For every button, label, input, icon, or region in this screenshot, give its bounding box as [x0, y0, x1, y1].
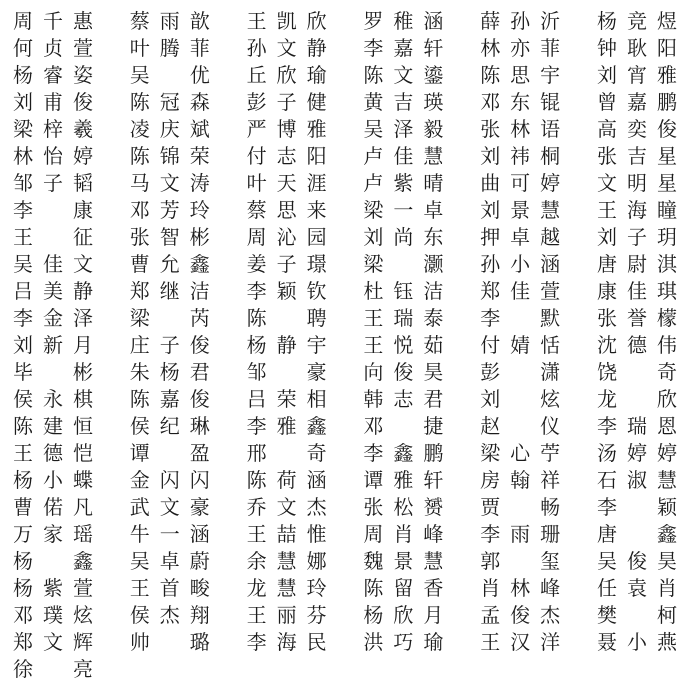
name-item: 王德恺	[13, 441, 103, 468]
name-item: 叶天涯	[247, 171, 337, 198]
name-item: 贾 畅	[480, 495, 570, 522]
name-item: 李 康	[13, 198, 103, 225]
name-item: 王悦茹	[363, 333, 453, 360]
name-item: 罗稚涵	[363, 9, 453, 36]
name-item: 曹偌凡	[13, 495, 103, 522]
name-item: 付志阳	[247, 144, 337, 171]
name-item: 李瑞恩	[597, 414, 679, 441]
name-item: 杨紫萱	[13, 576, 103, 603]
name-item: 张智彬	[130, 225, 220, 252]
name-item: 李鑫鹏	[363, 441, 453, 468]
name-item: 严博雅	[247, 117, 337, 144]
name-item: 饶 奇	[597, 360, 679, 387]
name-item: 蔡思来	[247, 198, 337, 225]
name-item: 吕荣相	[247, 387, 337, 414]
name-item: 李颖钦	[247, 279, 337, 306]
name-item: 王首畯	[130, 576, 220, 603]
name-item: 韩志君	[363, 387, 453, 414]
name-item: 石淑慧	[597, 468, 679, 495]
name-item: 张林语	[480, 117, 570, 144]
name-item: 文明星	[597, 171, 679, 198]
name-item: 陈留香	[363, 576, 453, 603]
name-item: 李金泽	[13, 306, 103, 333]
name-item: 侯纪琳	[130, 414, 220, 441]
name-item: 万家瑶	[13, 522, 103, 549]
name-item: 金闪闪	[130, 468, 220, 495]
name-item: 房翰祥	[480, 468, 570, 495]
name-item: 肖林峰	[480, 576, 570, 603]
name-item: 吕美静	[13, 279, 103, 306]
name-item: 孟俊杰	[480, 603, 570, 630]
name-item: 郑文辉	[13, 630, 103, 657]
name-item: 邹子韬	[13, 171, 103, 198]
name-item: 刘宵雅	[597, 63, 679, 90]
name-item: 洪巧瑜	[363, 630, 453, 657]
name-item: 梁心苧	[480, 441, 570, 468]
name-item: 卢紫晴	[363, 171, 453, 198]
name-item: 陈文鎏	[363, 63, 453, 90]
name-item: 唐 鑫	[597, 522, 679, 549]
name-column-5: 薛孙沂林亦菲陈思宇邓东锟张林语刘祎桐曲可婷刘景慧押卓越孙小涵郑佳萱李 默付婧恬彭…	[480, 9, 560, 657]
name-item: 李 默	[480, 306, 570, 333]
name-item: 曾嘉鹏	[597, 90, 679, 117]
name-item: 邓东锟	[480, 90, 570, 117]
name-item: 武文豪	[130, 495, 220, 522]
name-item: 王喆惟	[247, 522, 337, 549]
name-item: 刘甫俊	[13, 90, 103, 117]
name-item: 凌庆斌	[130, 117, 220, 144]
name-item: 龙 欣	[597, 387, 679, 414]
name-item: 王 征	[13, 225, 103, 252]
name-item: 沈德伟	[597, 333, 679, 360]
name-item: 叶腾菲	[130, 36, 220, 63]
name-item: 唐尉淇	[597, 252, 679, 279]
name-item: 刘景慧	[480, 198, 570, 225]
name-item: 侯永棋	[13, 387, 103, 414]
name-item: 周肖峰	[363, 522, 453, 549]
name-item: 陈思宇	[480, 63, 570, 90]
name-item: 陈冠森	[130, 90, 220, 117]
name-item: 彭子健	[247, 90, 337, 117]
name-item: 薛孙沂	[480, 9, 570, 36]
name-item: 吴卓蔚	[130, 549, 220, 576]
name-item: 钟耿阳	[597, 36, 679, 63]
name-item: 刘尚东	[363, 225, 453, 252]
name-item: 梁 灏	[363, 252, 453, 279]
name-item: 王瑞泰	[363, 306, 453, 333]
name-item: 任袁肖	[597, 576, 679, 603]
name-item: 陈锦荣	[130, 144, 220, 171]
name-item: 刘子玥	[597, 225, 679, 252]
name-item: 杨欣月	[363, 603, 453, 630]
name-item: 付婧恬	[480, 333, 570, 360]
name-item: 杜钰洁	[363, 279, 453, 306]
name-item: 吴泽毅	[363, 117, 453, 144]
name-item: 乔文杰	[247, 495, 337, 522]
name-column-4: 罗稚涵李嘉轩陈文鎏黄吉瑛吴泽毅卢佳慧卢紫晴梁一卓刘尚东梁 灏杜钰洁王瑞泰王悦茹向…	[363, 9, 443, 657]
name-item: 邢 奇	[247, 441, 337, 468]
name-item: 侯杰翔	[130, 603, 220, 630]
name-item: 孙文静	[247, 36, 337, 63]
name-item: 卢佳慧	[363, 144, 453, 171]
name-item: 押卓越	[480, 225, 570, 252]
name-item: 林怡婷	[13, 144, 103, 171]
name-item: 何贞萱	[13, 36, 103, 63]
name-item: 陈建恒	[13, 414, 103, 441]
name-item: 孙小涵	[480, 252, 570, 279]
name-item: 王海瞳	[597, 198, 679, 225]
name-item: 朱杨君	[130, 360, 220, 387]
name-item: 李雅鑫	[247, 414, 337, 441]
name-item: 林亦菲	[480, 36, 570, 63]
name-item: 谭雅轩	[363, 468, 453, 495]
name-column-2: 蔡雨歆叶腾菲吴 优陈冠森凌庆斌陈锦荣马文涛邓芳玲张智彬曹允鑫郑继洁梁 芮庄子俊朱…	[130, 9, 210, 657]
name-item: 魏景慧	[363, 549, 453, 576]
name-item: 周沁园	[247, 225, 337, 252]
name-item: 杨 鑫	[13, 549, 103, 576]
name-column-6: 杨竞煜钟耿阳刘宵雅曾嘉鹏高奕俊张吉星文明星王海瞳刘子玥唐尉淇康佳琪张誉檬沈德伟饶…	[597, 9, 677, 657]
name-item: 周千惠	[13, 9, 103, 36]
name-item: 邓芳玲	[130, 198, 220, 225]
name-item: 陈 聘	[247, 306, 337, 333]
name-item: 高奕俊	[597, 117, 679, 144]
name-item: 刘祎桐	[480, 144, 570, 171]
name-item: 丘欣瑜	[247, 63, 337, 90]
name-item: 张松赟	[363, 495, 453, 522]
name-item: 邓 捷	[363, 414, 453, 441]
name-item: 曹允鑫	[130, 252, 220, 279]
name-grid: 周千惠何贞萱杨睿姿刘甫俊梁梓羲林怡婷邹子韬李 康王 征吴佳文吕美静李金泽刘新月毕…	[0, 0, 679, 686]
name-item: 毕 彬	[13, 360, 103, 387]
name-item: 梁梓羲	[13, 117, 103, 144]
name-item: 刘新月	[13, 333, 103, 360]
name-item: 马文涛	[130, 171, 220, 198]
name-item: 赵 仪	[480, 414, 570, 441]
name-item: 郑佳萱	[480, 279, 570, 306]
name-column-1: 周千惠何贞萱杨睿姿刘甫俊梁梓羲林怡婷邹子韬李 康王 征吴佳文吕美静李金泽刘新月毕…	[13, 9, 93, 684]
name-item: 杨睿姿	[13, 63, 103, 90]
name-item: 姜子璟	[247, 252, 337, 279]
name-item: 李 颖	[597, 495, 679, 522]
name-item: 庄子俊	[130, 333, 220, 360]
name-item: 黄吉瑛	[363, 90, 453, 117]
name-item: 吴俊昊	[597, 549, 679, 576]
name-item: 帅 璐	[130, 630, 220, 657]
name-item: 郑继洁	[130, 279, 220, 306]
name-item: 王丽芬	[247, 603, 337, 630]
name-item: 牛一涵	[130, 522, 220, 549]
name-item: 杨静宇	[247, 333, 337, 360]
name-item: 樊 柯	[597, 603, 679, 630]
name-item: 蔡雨歆	[130, 9, 220, 36]
name-item: 梁 芮	[130, 306, 220, 333]
name-item: 王凯欣	[247, 9, 337, 36]
name-item: 徐 亮	[13, 657, 103, 684]
name-item: 吴佳文	[13, 252, 103, 279]
name-item: 吴 优	[130, 63, 220, 90]
name-item: 陈荷涵	[247, 468, 337, 495]
name-item: 梁一卓	[363, 198, 453, 225]
name-item: 张誉檬	[597, 306, 679, 333]
name-item: 张吉星	[597, 144, 679, 171]
name-item: 郭 玺	[480, 549, 570, 576]
name-item: 邹 豪	[247, 360, 337, 387]
name-item: 余慧娜	[247, 549, 337, 576]
name-item: 邓璞炫	[13, 603, 103, 630]
name-item: 杨竞煜	[597, 9, 679, 36]
name-item: 王汉洋	[480, 630, 570, 657]
name-item: 李嘉轩	[363, 36, 453, 63]
name-item: 刘 炫	[480, 387, 570, 414]
name-item: 聂小燕	[597, 630, 679, 657]
name-item: 杨小蝶	[13, 468, 103, 495]
name-item: 陈嘉俊	[130, 387, 220, 414]
name-item: 曲可婷	[480, 171, 570, 198]
name-item: 康佳琪	[597, 279, 679, 306]
name-item: 李海民	[247, 630, 337, 657]
name-item: 向俊昊	[363, 360, 453, 387]
name-item: 龙慧玲	[247, 576, 337, 603]
name-item: 汤婷婷	[597, 441, 679, 468]
name-item: 谭 盈	[130, 441, 220, 468]
name-column-3: 王凯欣孙文静丘欣瑜彭子健严博雅付志阳叶天涯蔡思来周沁园姜子璟李颖钦陈 聘杨静宇邹…	[247, 9, 327, 657]
name-item: 李雨珊	[480, 522, 570, 549]
name-item: 彭 潇	[480, 360, 570, 387]
